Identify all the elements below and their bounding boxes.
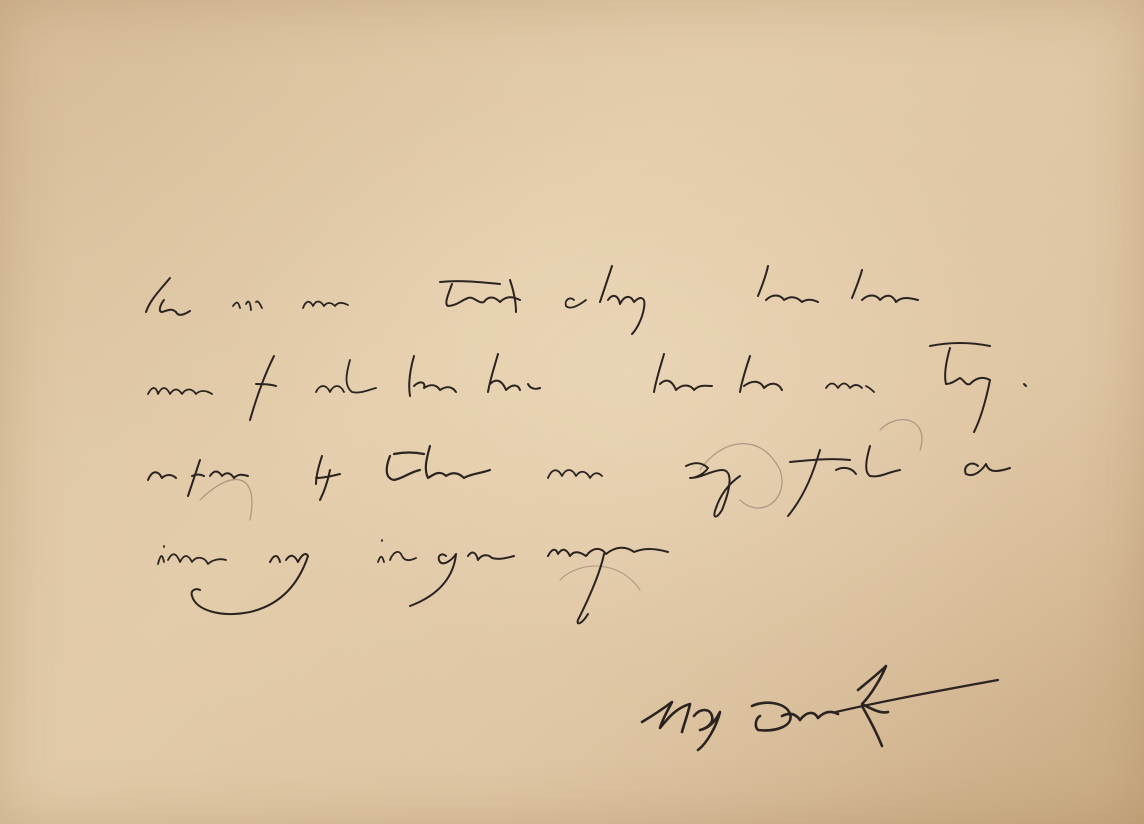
paper-sheet: Ir ni ncer direct o hug len lees nnerr f…	[0, 0, 1144, 824]
signature	[0, 0, 1144, 824]
